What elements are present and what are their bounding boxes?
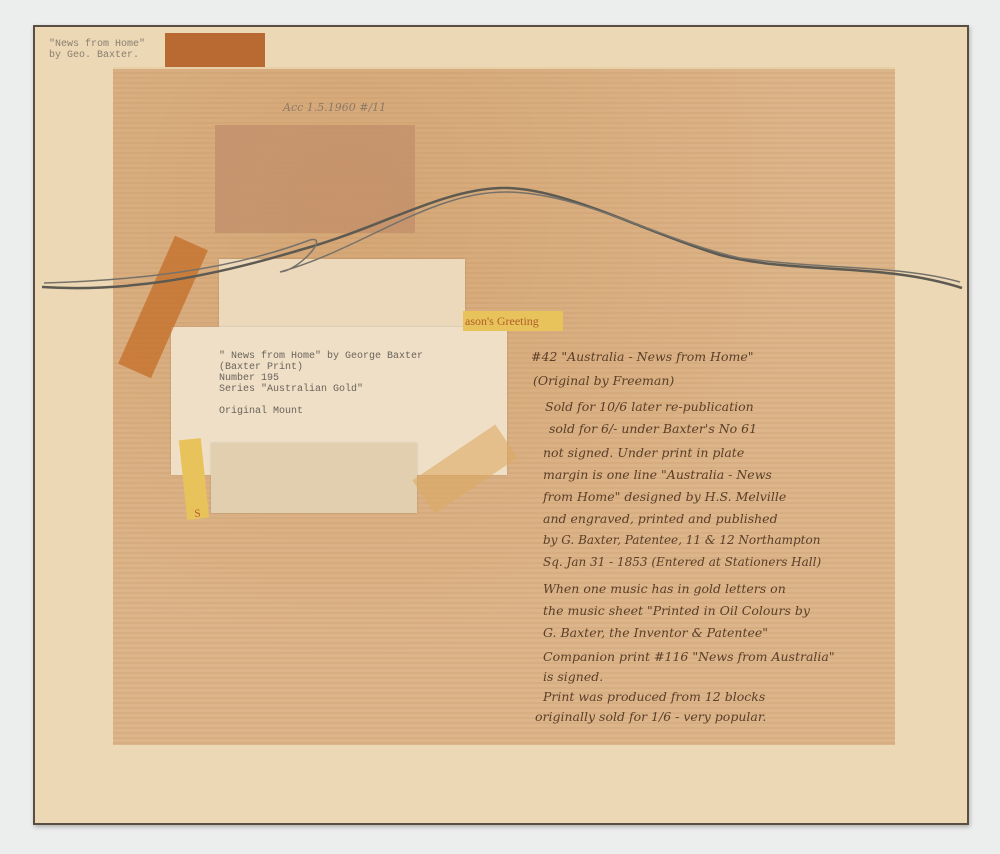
hanging-wire [0,0,1000,854]
